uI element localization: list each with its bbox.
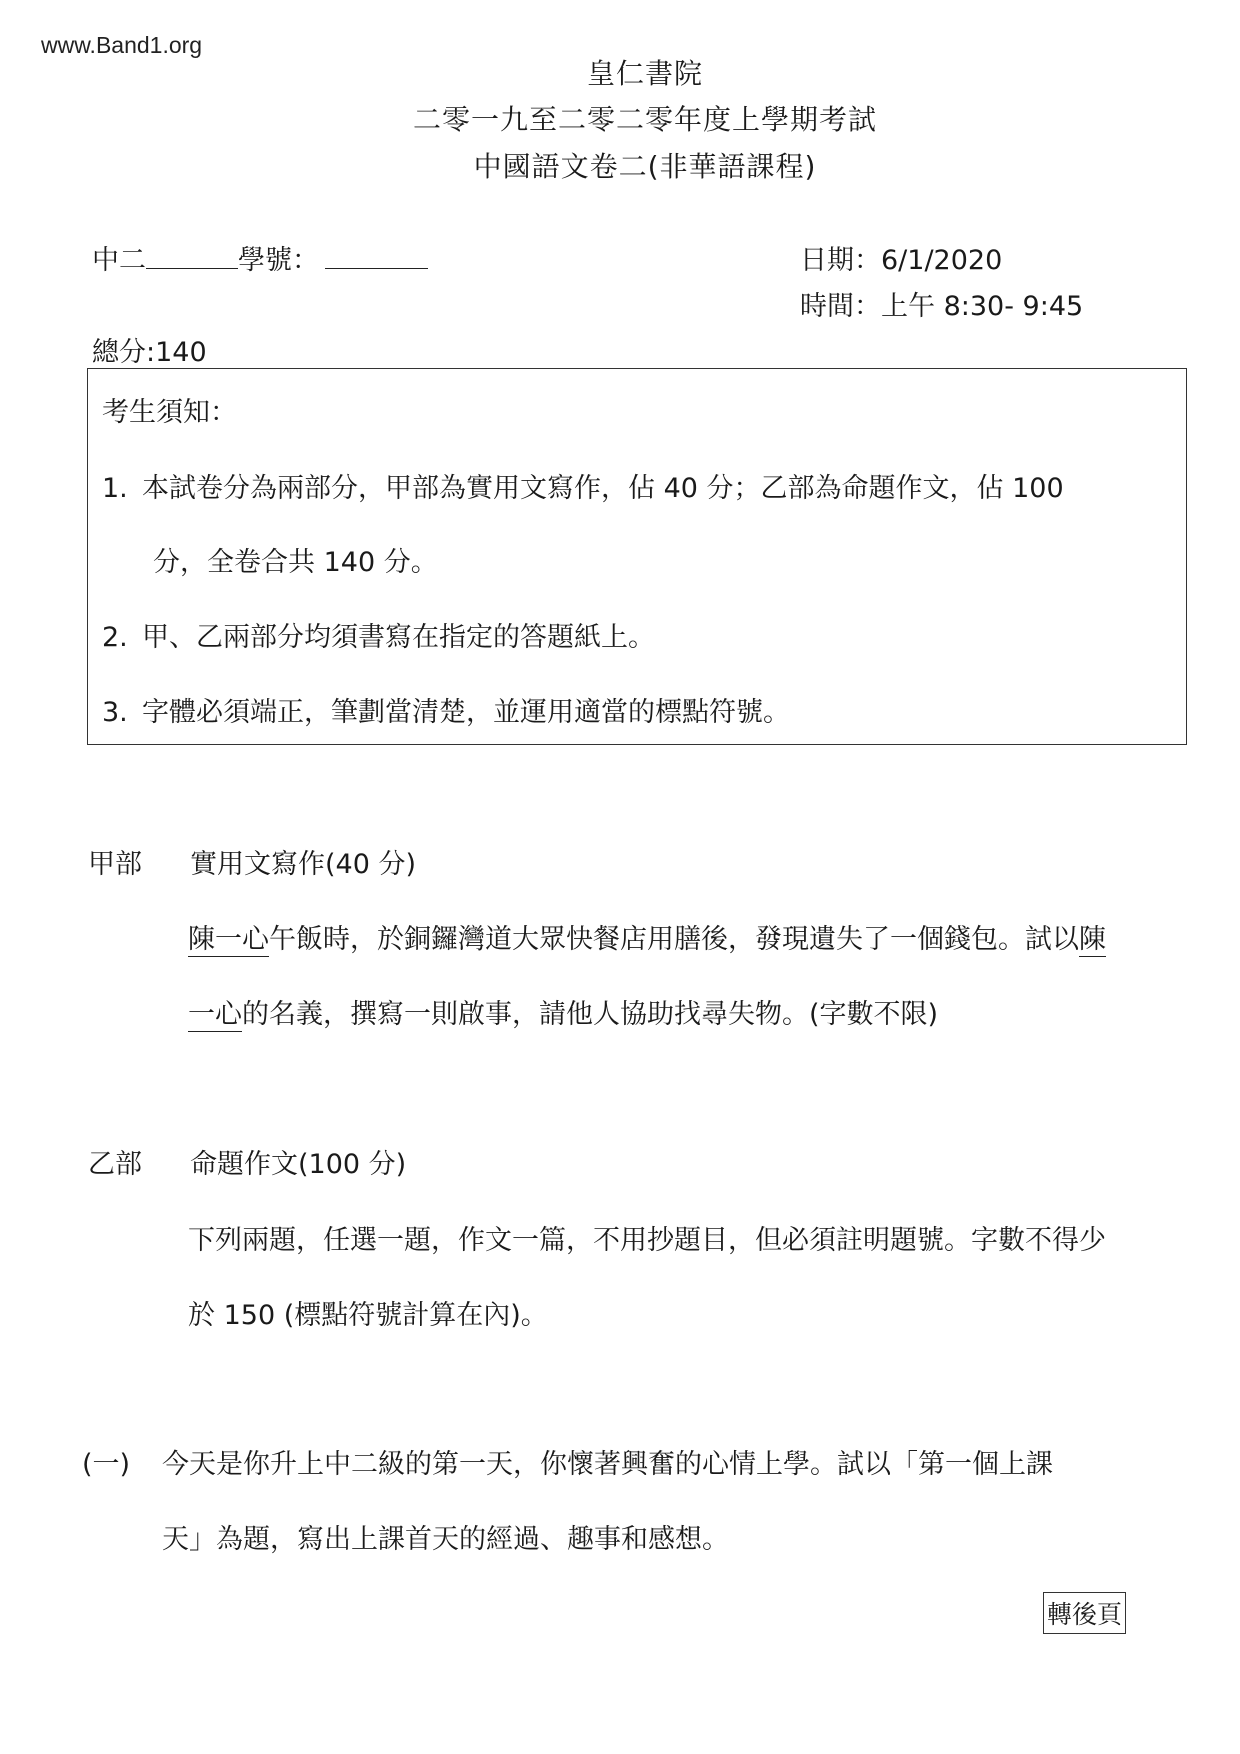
- notice-item-number: 3.: [102, 697, 142, 728]
- exam-title: 二零一九至二零二零年度上學期考試: [0, 98, 1240, 138]
- question-1-line-2: 天」為題，寫出上課首天的經過、趣事和感想。: [162, 1517, 729, 1556]
- section-b-instruction-line-1: 下列兩題，任選一題，作文一篇，不用抄題目，但必須註明題號。字數不得少: [188, 1218, 1106, 1257]
- notice-item-1-continued: 分，全卷合共 140 分。: [153, 540, 438, 579]
- notice-title: 考生須知：: [102, 390, 237, 429]
- notice-item-number: 2.: [102, 622, 142, 653]
- section-a-prompt-line-1: 陳一心午飯時，於銅鑼灣道大眾快餐店用膳後，發現遺失了一個錢包。試以陳: [188, 917, 1106, 956]
- section-b-title: 命題作文(100 分): [190, 1142, 406, 1181]
- notice-item-1: 1.本試卷分為兩部分，甲部為實用文寫作，佔 40 分；乙部為命題作文，佔 100: [102, 466, 1064, 505]
- time-label: 時間：: [800, 291, 881, 322]
- date-row: 日期：6/1/2020: [800, 238, 1002, 277]
- person-name: 陳一心: [188, 924, 269, 957]
- question-1-line-1: 今天是你升上中二級的第一天，你懷著興奮的心情上學。試以「第一個上課: [162, 1442, 1053, 1481]
- prompt-text: 的名義，撰寫一則啟事，請他人協助找尋失物。(字數不限): [242, 999, 938, 1030]
- section-a-label: 甲部: [88, 842, 142, 881]
- section-a-prompt-line-2: 一心的名義，撰寫一則啟事，請他人協助找尋失物。(字數不限): [188, 992, 938, 1031]
- person-name-part: 陳: [1079, 924, 1106, 957]
- class-student-row: 中二學號：: [92, 238, 428, 277]
- total-value: 140: [155, 337, 207, 368]
- time-row: 時間：上午 8:30- 9:45: [800, 284, 1083, 323]
- person-name-part: 一心: [188, 999, 242, 1032]
- section-a-title: 實用文寫作(40 分): [190, 842, 416, 881]
- section-b-label: 乙部: [88, 1142, 142, 1181]
- class-label: 中二: [92, 245, 146, 276]
- total-score: 總分:140: [92, 330, 207, 369]
- class-blank[interactable]: [146, 246, 238, 269]
- student-no-label: 學號：: [238, 245, 319, 276]
- date-value: 6/1/2020: [881, 245, 1002, 276]
- prompt-text: 午飯時，於銅鑼灣道大眾快餐店用膳後，發現遺失了一個錢包。試以: [269, 924, 1079, 955]
- notice-item-3: 3.字體必須端正，筆劃當清楚，並運用適當的標點符號。: [102, 690, 790, 729]
- school-name: 皇仁書院: [0, 52, 1240, 92]
- notice-item-number: 1.: [102, 473, 142, 504]
- notice-item-text: 字體必須端正，筆劃當清楚，並運用適當的標點符號。: [142, 697, 790, 728]
- date-label: 日期：: [800, 245, 881, 276]
- question-1-number: (一): [82, 1442, 130, 1481]
- student-no-blank[interactable]: [325, 246, 428, 269]
- section-b-instruction-line-2: 於 150 (標點符號計算在內)。: [188, 1293, 548, 1332]
- paper-title: 中國語文卷二(非華語課程): [0, 145, 1240, 185]
- total-label: 總分:: [92, 337, 155, 368]
- notice-item-text: 本試卷分為兩部分，甲部為實用文寫作，佔 40 分；乙部為命題作文，佔 100: [142, 473, 1064, 504]
- time-value: 上午 8:30- 9:45: [881, 291, 1083, 322]
- next-page-box: 轉後頁: [1043, 1592, 1126, 1634]
- notice-item-text: 甲、乙兩部分均須書寫在指定的答題紙上。: [142, 622, 655, 653]
- notice-item-2: 2.甲、乙兩部分均須書寫在指定的答題紙上。: [102, 615, 655, 654]
